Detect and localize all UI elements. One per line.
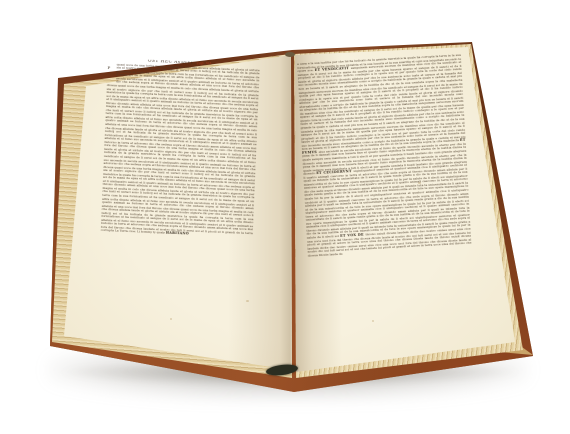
book-photograph: OST HEC AVDIVIcap. xix Pquasi uoce de un…: [0, 0, 570, 434]
spine-endband-top: [285, 52, 295, 57]
right-seg: sanguinem seruorum suorum de manibus eiu…: [298, 60, 466, 151]
left-body-flow: quasi uoce de una turba magna et multa i…: [101, 62, 260, 231]
left-text-column: OST HEC AVDIVIcap. xix Pquasi uoce de un…: [99, 58, 259, 270]
foxing-spot: [246, 300, 249, 302]
foxing-spot: [372, 320, 374, 322]
red-ink-chapter-annotation: cap. xix: [197, 62, 212, 66]
right-body-text: e uera e la sua iustitia per che lui ha …: [297, 54, 472, 258]
right-text-column: e uera e la sua iustitia per che lui ha …: [297, 53, 474, 295]
left-body-text: Pquasi uoce de una turba magna et multa …: [101, 63, 260, 239]
foxing-spot: [170, 318, 172, 320]
catchword-habitano: HABITANO: [166, 231, 189, 236]
